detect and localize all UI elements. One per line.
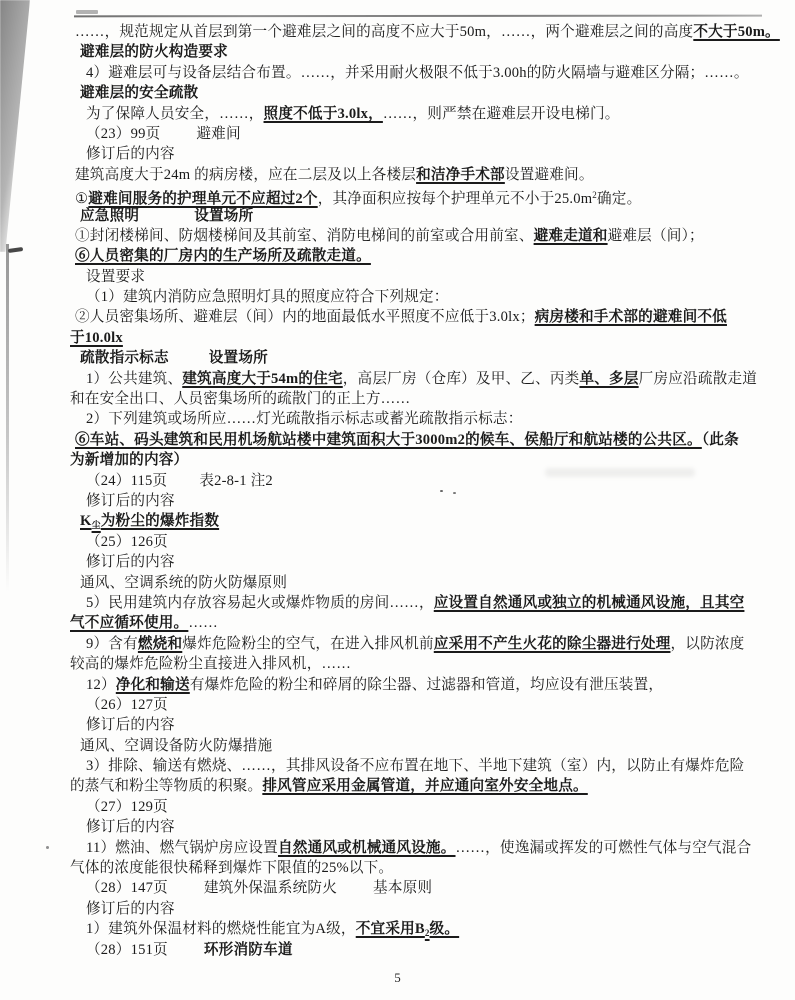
text-line: 通风、空调系统的防火防爆原则 <box>70 573 770 593</box>
text-line: 的蒸气和粉尘等物质的积聚。排风管应采用金属管道，并应通向室外安全地点。 <box>70 776 770 796</box>
text-run: 为粉尘的爆炸指数 <box>101 513 219 529</box>
text-run: 单、多层 <box>579 371 638 387</box>
text-run: ⑥人员密集的厂房内的生产场所及疏散走道。 <box>75 248 371 264</box>
text-run: 较高的爆炸危险粉尘直接进入排风机，…… <box>70 656 351 672</box>
text-run: 为了保障人员安全，……， <box>86 106 264 122</box>
text-run: 应采用不产生火花的除尘器进行处理 <box>434 636 671 652</box>
text-run: 应设置自然通风或独立的机械通风设施，且其空 <box>434 595 745 611</box>
text-run: K <box>80 513 92 529</box>
text-run: 11）燃油、燃气锅炉房应设置 <box>86 840 278 856</box>
document-body: ……，规范规定从首层到第一个避难层之间的高度不应大于50m，……，两个避难层之间… <box>70 22 770 960</box>
text-run: 疏散指示标志 <box>80 350 169 366</box>
text-line: 通风、空调设备防火防爆措施 <box>70 736 770 756</box>
text-run: 于10.0lx <box>70 330 123 346</box>
text-run: ①封闭楼梯间、防烟楼梯间及其前室、消防电梯间的前室或合用前室、 <box>75 228 534 244</box>
text-run: 建筑外保温系统防火 <box>204 880 337 896</box>
text-run: 环形消防车道 <box>204 942 293 958</box>
page-number: 5 <box>0 970 795 986</box>
text-line: 疏散指示标志设置场所 <box>70 348 770 368</box>
text-run: 不宜采用B <box>356 921 425 937</box>
text-line: 修订后的内容 <box>70 899 770 919</box>
text-run: 通风、空调设备防火防爆措施 <box>80 738 272 754</box>
text-line: 9）含有燃烧和爆炸危险粉尘的空气，在进入排风机前应采用不产生火花的除尘器进行处理… <box>70 634 770 654</box>
text-run: 燃烧和 <box>138 636 182 652</box>
text-run: （1）建筑内消防应急照明灯具的照度应符合下列规定： <box>86 289 449 305</box>
text-run: 避难间服务的护理单元不应超过2个 <box>88 191 317 207</box>
text-run: 修订后的内容 <box>86 554 175 570</box>
text-run: 5）民用建筑内存放容易起火或爆炸物质的房间……， <box>86 595 434 611</box>
text-run: 不大于50m。 <box>693 24 780 40</box>
text-line: （25）126页 <box>70 532 770 552</box>
text-run: （26）127页 <box>86 697 168 713</box>
text-run: 排风管应采用金属管道，并应通向室外安全地点。 <box>262 778 587 794</box>
text-line: 修订后的内容 <box>70 144 770 164</box>
text-line: （28）147页建筑外保温系统防火基本原则 <box>70 878 770 898</box>
text-line: 5）民用建筑内存放容易起火或爆炸物质的房间……，应设置自然通风或独立的机械通风设… <box>70 593 770 613</box>
text-run: 避难层的防火构造要求 <box>80 44 228 60</box>
text-line: ⑥人员密集的厂房内的生产场所及疏散走道。 <box>70 246 770 266</box>
text-line: 修订后的内容 <box>70 552 770 572</box>
text-line: 修订后的内容 <box>70 491 770 511</box>
text-run: 4）避难层可与设备层结合布置。……，并采用耐火极限不低于3.00h的防火隔墙与避… <box>86 65 749 81</box>
text-run: 的蒸气和粉尘等物质的积聚。 <box>70 778 262 794</box>
scan-edge-line <box>74 15 762 18</box>
text-run: 2）下列建筑或场所应……灯光疏散指示标志或蓄光疏散指示标志： <box>86 411 523 427</box>
text-line: （24）115页表2-8-1 注2 <box>70 471 770 491</box>
text-line: 为新增加的内容） <box>70 450 770 470</box>
text-run: 1）建筑外保温材料的燃烧性能宜为A级， <box>86 921 356 937</box>
text-run: …… <box>188 615 218 631</box>
text-run: 有爆炸危险的粉尘和碎屑的除尘器、过滤器和管道，均应设有泄压装置， <box>190 677 663 693</box>
text-run: 爆炸危险粉尘的空气，在进入排风机前 <box>182 636 434 652</box>
text-run: 修订后的内容 <box>86 146 175 162</box>
scan-left-edge-tick <box>8 247 23 253</box>
text-run: 3）排除、输送有燃烧、……，其排风设备不应布置在地下、半地下建筑（室）内，以防止… <box>86 758 744 774</box>
text-line: （23）99页避难间 <box>70 124 770 144</box>
text-run: （27）129页 <box>86 799 168 815</box>
text-line: ……，规范规定从首层到第一个避难层之间的高度不应大于50m，……，两个避难层之间… <box>70 22 770 42</box>
text-line: 修订后的内容 <box>70 817 770 837</box>
text-run: 净化和输送 <box>116 677 190 693</box>
text-line: 修订后的内容 <box>70 715 770 735</box>
text-run: （24）115页 <box>86 473 167 489</box>
text-run: （23）99页 <box>86 126 160 142</box>
text-run: ……，则严禁在避难层开设电梯门。 <box>383 106 620 122</box>
text-run: ，其净面积应按每个护理单元不小于25.0m <box>318 191 593 207</box>
text-run: 确定。 <box>597 191 641 207</box>
text-line: ⑥车站、码头建筑和民用机场航站楼中建筑面积大于3000m2的候车、侯船厅和航站楼… <box>70 430 770 450</box>
text-line: 3）排除、输送有燃烧、……，其排风设备不应布置在地下、半地下建筑（室）内，以防止… <box>70 756 770 776</box>
text-run: 自然通风或机械通风设施。 <box>278 840 456 856</box>
text-run: ②人员密集场所、避难层（间）内的地面最低水平照度不应低于3.0lx； <box>75 309 535 325</box>
text-line: K尘为粉尘的爆炸指数 <box>70 511 770 531</box>
text-line: （28）151页环形消防车道 <box>70 940 770 960</box>
scan-speck <box>46 846 49 849</box>
scanned-page: ……，规范规定从首层到第一个避难层之间的高度不应大于50m，……，两个避难层之间… <box>0 0 795 1000</box>
text-line: 避难层的安全疏散 <box>70 83 770 103</box>
text-run: 避难层（间）； <box>608 228 704 244</box>
text-line: 12）净化和输送有爆炸危险的粉尘和碎屑的除尘器、过滤器和管道，均应设有泄压装置， <box>70 675 770 695</box>
text-run: 气不应循环使用。 <box>70 615 188 631</box>
text-run: 设置场所 <box>194 208 253 224</box>
text-line: 4）避难层可与设备层结合布置。……，并采用耐火极限不低于3.00h的防火隔墙与避… <box>70 63 770 83</box>
text-run: ，高层厂房（仓库）及甲、乙、丙类 <box>343 371 580 387</box>
text-line: ①封闭楼梯间、防烟楼梯间及其前室、消防电梯间的前室或合用前室、避难走道和避难层（… <box>70 226 770 246</box>
scan-corner-shadow <box>0 0 30 252</box>
text-line: ②人员密集场所、避难层（间）内的地面最低水平照度不应低于3.0lx；病房楼和手术… <box>70 307 770 327</box>
text-run: 避难间 <box>196 126 240 142</box>
scan-left-edge-line <box>6 244 9 592</box>
text-run: 厂房应沿疏散走道 <box>639 371 757 387</box>
text-run: 照度不低于3.0lx， <box>264 106 383 122</box>
text-run: 为新增加的内容） <box>70 452 188 468</box>
text-line: 为了保障人员安全，……，照度不低于3.0lx，……，则严禁在避难层开设电梯门。 <box>70 104 770 124</box>
text-run: 和洁净手术部 <box>416 167 505 183</box>
text-run: （25）126页 <box>86 534 168 550</box>
text-run: 避难层的安全疏散 <box>80 85 198 101</box>
text-run: 病房楼和手术部的避难间不低 <box>535 309 727 325</box>
text-line: 1）建筑外保温材料的燃烧性能宜为A级，不宜采用B2级。 <box>70 919 770 939</box>
text-line: （27）129页 <box>70 797 770 817</box>
text-run: 12） <box>86 677 116 693</box>
text-line: 2）下列建筑或场所应……灯光疏散指示标志或蓄光疏散指示标志： <box>70 409 770 429</box>
text-run: 表2-8-1 注2 <box>199 473 273 489</box>
text-run: 修订后的内容 <box>86 901 175 917</box>
text-line: 建筑高度大于24m 的病房楼，应在二层及以上各楼层和洁净手术部设置避难间。 <box>70 165 770 185</box>
text-run: 级。 <box>430 921 460 937</box>
text-run: 修订后的内容 <box>86 717 175 733</box>
text-run: 9）含有 <box>86 636 138 652</box>
text-line: 气体的浓度能很快稀释到爆炸下限值的25%以下。 <box>70 858 770 878</box>
text-run: （此条 <box>702 432 739 448</box>
text-run: 1）公共建筑、 <box>86 371 182 387</box>
scan-smudge <box>76 10 98 14</box>
text-run: 和在安全出口、人员密集场所的疏散门的正上方…… <box>70 391 410 407</box>
text-run: （28）147页 <box>86 880 168 896</box>
text-line: 气不应循环使用。…… <box>70 613 770 633</box>
text-run: 通风、空调系统的防火防爆原则 <box>80 575 287 591</box>
text-run: （28）151页 <box>86 942 168 958</box>
text-run: 避难走道和 <box>534 228 608 244</box>
text-run: ……，规范规定从首层到第一个避难层之间的高度不应大于50m，……，两个避难层之间… <box>75 24 693 40</box>
text-run: ……，使逸漏或挥发的可燃性气体与空气混合 <box>456 840 752 856</box>
text-run: 设置避难间。 <box>505 167 594 183</box>
text-line: 和在安全出口、人员密集场所的疏散门的正上方…… <box>70 389 770 409</box>
text-run: 基本原则 <box>373 880 432 896</box>
text-line: 应急照明设置场所 <box>70 206 770 226</box>
text-line: 于10.0lx <box>70 328 770 348</box>
text-line: 11）燃油、燃气锅炉房应设置自然通风或机械通风设施。……，使逸漏或挥发的可燃性气… <box>70 838 770 858</box>
text-run: 建筑高度大于24m 的病房楼，应在二层及以上各楼层 <box>75 167 416 183</box>
text-line: ①避难间服务的护理单元不应超过2个，其净面积应按每个护理单元不小于25.0m2确… <box>70 185 770 205</box>
text-line: 避难层的防火构造要求 <box>70 42 770 62</box>
text-run: 设置场所 <box>209 350 268 366</box>
text-run: 气体的浓度能很快稀释到爆炸下限值的25%以下。 <box>70 860 393 876</box>
text-run: 修订后的内容 <box>86 819 175 835</box>
text-line: （26）127页 <box>70 695 770 715</box>
text-run: 设置要求 <box>86 269 145 285</box>
text-run: 应急照明 <box>80 208 139 224</box>
text-run: ⑥车站、码头建筑和民用机场航站楼中建筑面积大于3000m2的候车、侯船厅和航站楼… <box>75 432 702 448</box>
text-run: ，以防浓度 <box>670 636 744 652</box>
text-line: 设置要求 <box>70 267 770 287</box>
text-run: ① <box>75 191 88 207</box>
text-run: 修订后的内容 <box>86 493 175 509</box>
text-run: 建筑高度大于54m的住宅 <box>182 371 343 387</box>
text-line: （1）建筑内消防应急照明灯具的照度应符合下列规定： <box>70 287 770 307</box>
text-run: 尘 <box>92 520 101 530</box>
text-line: 较高的爆炸危险粉尘直接进入排风机，…… <box>70 654 770 674</box>
text-line: 1）公共建筑、建筑高度大于54m的住宅，高层厂房（仓库）及甲、乙、丙类单、多层厂… <box>70 369 770 389</box>
